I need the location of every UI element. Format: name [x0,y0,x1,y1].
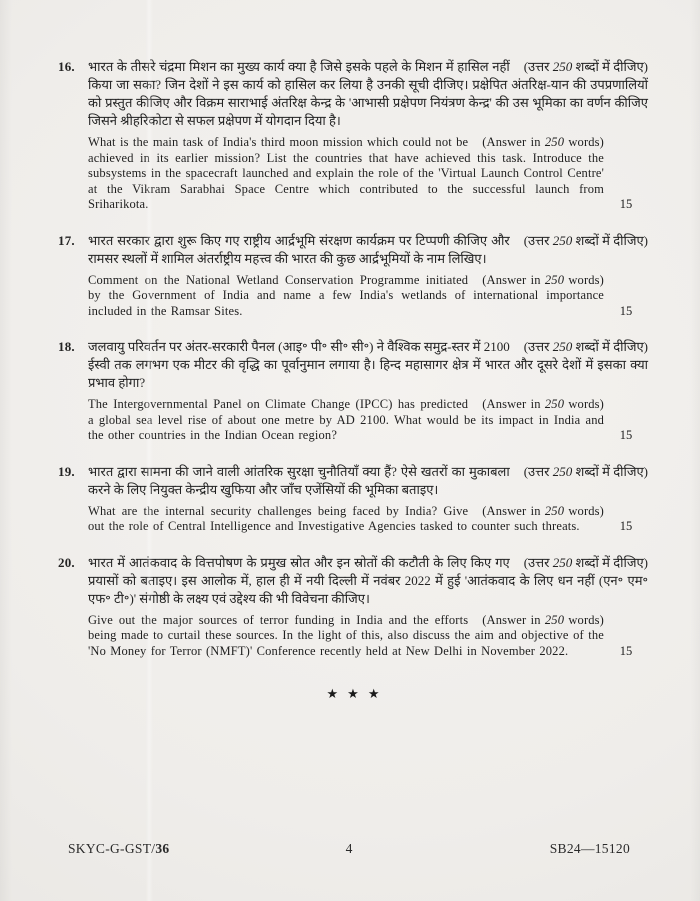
question-19-marks: 15 [604,519,648,535]
question-20: 20. (उत्तर 250 शब्दों में दीजिए)भारत में… [58,554,648,660]
question-17-english-answer-hint: (Answer in 250 words) [468,273,604,289]
question-16-english: (Answer in 250 words)What is the main ta… [88,135,604,213]
question-18-body: (उत्तर 250 शब्दों में दीजिए)जलवायु परिवर… [88,338,648,444]
question-18-english-row: (Answer in 250 words)The Intergovernment… [88,397,648,444]
question-17: 17. (उत्तर 250 शब्दों में दीजिए)भारत सरक… [58,232,648,320]
question-16-marks: 15 [604,197,648,213]
question-20-hindi-answer-hint: (उत्तर 250 शब्दों में दीजिए) [510,554,648,572]
question-17-hindi: (उत्तर 250 शब्दों में दीजिए)भारत सरकार द… [88,232,648,268]
hint-pre: (उत्तर [524,339,553,354]
question-20-body: (उत्तर 250 शब्दों में दीजिए)भारत में आतं… [88,554,648,660]
question-18-english-answer-hint: (Answer in 250 words) [468,397,604,413]
question-18-marks: 15 [604,428,648,444]
question-17-number: 17. [58,232,88,320]
question-18-hindi: (उत्तर 250 शब्दों में दीजिए)जलवायु परिवर… [88,338,648,392]
hint-pre: (उत्तर [524,233,553,248]
hint-post: शब्दों में दीजिए) [572,233,648,248]
hint-word-count: 250 [553,233,573,248]
hint-pre: (उत्तर [524,59,553,74]
hint-post: words) [564,613,604,627]
hint-post: words) [564,397,604,411]
question-17-english-row: (Answer in 250 words)Comment on the Nati… [88,273,648,320]
series-code: SB24—15120 [550,841,630,857]
question-17-hindi-answer-hint: (उत्तर 250 शब्दों में दीजिए) [510,232,648,250]
hint-word-count: 250 [545,135,564,149]
hint-word-count: 250 [545,273,564,287]
question-17-english: (Answer in 250 words)Comment on the Nati… [88,273,604,320]
question-16: 16. (उत्तर 250 शब्दों में दीजिए)भारत के … [58,58,648,213]
question-18: 18. (उत्तर 250 शब्दों में दीजिए)जलवायु प… [58,338,648,444]
question-16-body: (उत्तर 250 शब्दों में दीजिए)भारत के तीसर… [88,58,648,213]
hint-post: शब्दों में दीजिए) [572,464,648,479]
question-17-body: (उत्तर 250 शब्दों में दीजिए)भारत सरकार द… [88,232,648,320]
question-19-number: 19. [58,463,88,535]
hint-post: words) [564,504,604,518]
question-18-number: 18. [58,338,88,444]
question-19-english: (Answer in 250 words)What are the intern… [88,504,604,535]
hint-word-count: 250 [553,339,573,354]
hint-pre: (उत्तर [524,464,553,479]
question-20-number: 20. [58,554,88,660]
hint-word-count: 250 [553,555,573,570]
hint-word-count: 250 [553,59,573,74]
question-19-english-row: (Answer in 250 words)What are the intern… [88,504,648,535]
question-16-hindi: (उत्तर 250 शब्दों में दीजिए)भारत के तीसर… [88,58,648,130]
hint-post: शब्दों में दीजिए) [572,339,648,354]
question-20-marks: 15 [604,644,648,660]
question-20-english: (Answer in 250 words)Give out the major … [88,613,604,660]
question-19-english-answer-hint: (Answer in 250 words) [468,504,604,520]
end-of-paper-stars: ★★★ [58,686,648,702]
hint-post: शब्दों में दीजिए) [572,555,648,570]
question-16-hindi-answer-hint: (उत्तर 250 शब्दों में दीजिए) [510,58,648,76]
question-17-marks: 15 [604,304,648,320]
hint-word-count: 250 [545,397,564,411]
question-16-english-answer-hint: (Answer in 250 words) [468,135,604,151]
hint-word-count: 250 [545,613,564,627]
question-19-body: (उत्तर 250 शब्दों में दीजिए)भारत द्वारा … [88,463,648,535]
question-20-english-row: (Answer in 250 words)Give out the major … [88,613,648,660]
question-19-hindi-answer-hint: (उत्तर 250 शब्दों में दीजिए) [510,463,648,481]
hint-word-count: 250 [553,464,573,479]
question-17-hindi-text: भारत सरकार द्वारा शुरू किए गए राष्ट्रीय … [88,233,510,266]
question-18-hindi-answer-hint: (उत्तर 250 शब्दों में दीजिए) [510,338,648,356]
hint-pre: (Answer in [482,504,545,518]
hint-pre: (Answer in [482,613,545,627]
question-18-english: (Answer in 250 words)The Intergovernment… [88,397,604,444]
question-16-english-row: (Answer in 250 words)What is the main ta… [88,135,648,213]
hint-post: words) [564,273,604,287]
hint-post: words) [564,135,604,149]
hint-pre: (उत्तर [524,555,553,570]
hint-pre: (Answer in [482,397,545,411]
hint-post: शब्दों में दीजिए) [572,59,648,74]
question-20-english-answer-hint: (Answer in 250 words) [468,613,604,629]
page-number: 4 [68,841,630,857]
hint-word-count: 250 [545,504,564,518]
question-19-hindi: (उत्तर 250 शब्दों में दीजिए)भारत द्वारा … [88,463,648,499]
question-19: 19. (उत्तर 250 शब्दों में दीजिए)भारत द्व… [58,463,648,535]
hint-pre: (Answer in [482,273,545,287]
question-20-hindi: (उत्तर 250 शब्दों में दीजिए)भारत में आतं… [88,554,648,608]
exam-paper-page: 16. (उत्तर 250 शब्दों में दीजिए)भारत के … [0,0,700,901]
hint-pre: (Answer in [482,135,545,149]
question-19-hindi-text: भारत द्वारा सामना की जाने वाली आंतरिक सु… [88,464,510,497]
question-16-number: 16. [58,58,88,213]
